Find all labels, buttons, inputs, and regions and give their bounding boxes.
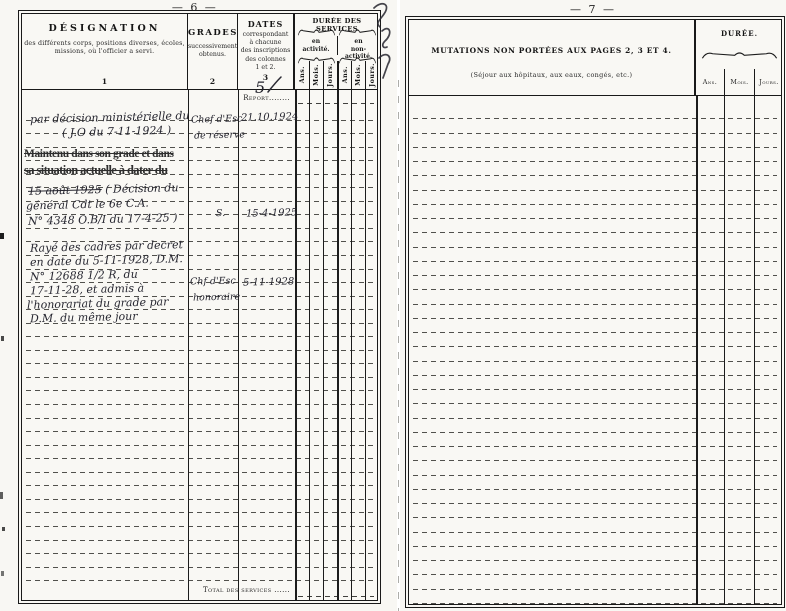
- column-header-designation: DÉSIGNATION des différents corps, positi…: [22, 14, 188, 89]
- column-rule: [351, 90, 352, 600]
- scan-speck: [2, 527, 5, 531]
- column-rule: [337, 90, 339, 600]
- scan-speck: [0, 492, 3, 499]
- group-en-activite: en activité.: [295, 36, 337, 55]
- grades-subtitle-1: successivement: [188, 43, 237, 51]
- column-rule: [754, 96, 755, 604]
- column-rule: [309, 90, 310, 600]
- subcol-jours: Jours.: [754, 69, 783, 95]
- dates-subtitle-3: des inscriptions: [238, 47, 293, 55]
- column-header-grades: GRADES successivement obtenus. 2: [188, 14, 238, 89]
- brace-icon: [297, 27, 336, 36]
- brace-icon: [700, 50, 779, 59]
- scan-speck: [1, 336, 4, 341]
- report-handwritten-figure: 5: [255, 78, 282, 97]
- column-header-mutations: MUTATIONS NON PORTÉES AUX PAGES 2, 3 ET …: [409, 20, 696, 95]
- scan-speck: [0, 233, 4, 239]
- right-page: — 7 — MUTATIONS NON PORTÉES AUX PAGES 2,…: [400, 0, 786, 611]
- pen-squiggle-marks: [346, 0, 396, 100]
- subcol-ans: Ans.: [696, 69, 724, 95]
- right-table-header: MUTATIONS NON PORTÉES AUX PAGES 2, 3 ET …: [409, 20, 781, 96]
- grades-subtitle-2: obtenus.: [188, 51, 237, 59]
- right-table-body: [409, 96, 781, 604]
- left-page: — 6 — DÉSIGNATION des différents corps, …: [0, 0, 397, 611]
- scanned-register-spread: — 6 — DÉSIGNATION des différents corps, …: [0, 0, 786, 611]
- dates-subtitle-1: correspondant: [238, 31, 293, 39]
- column-rule: [295, 90, 297, 600]
- left-table-header: DÉSIGNATION des différents corps, positi…: [22, 14, 377, 90]
- group-active-line2: activité.: [295, 46, 337, 54]
- dates-subtitle-5: 1 et 2.: [238, 64, 293, 72]
- mutations-subtitle: (Séjour aux hôpitaux, aux eaux, congés, …: [409, 71, 694, 79]
- subcol-mois: Mois.: [724, 69, 754, 95]
- dates-subtitle-2: à chacune: [238, 39, 293, 47]
- service-record-table: DÉSIGNATION des différents corps, positi…: [21, 13, 378, 601]
- pen-flourish-icon: [266, 76, 282, 94]
- designation-title: DÉSIGNATION: [22, 23, 187, 34]
- dates-title: DATES: [238, 19, 293, 29]
- column-rule: [188, 90, 189, 600]
- left-table-body: Report........ Total des services ......: [22, 90, 377, 600]
- column-rule: [323, 90, 324, 600]
- column-rule: [696, 96, 698, 604]
- dates-subtitle-4: des colonnes: [238, 56, 293, 64]
- duree-subcolumns: Ans. Mois. Jours.: [696, 69, 783, 95]
- report-value: 5: [255, 78, 265, 97]
- column-rule: [724, 96, 725, 604]
- column-number-2: 2: [188, 77, 237, 86]
- mutations-title: MUTATIONS NON PORTÉES AUX PAGES 2, 3 ET …: [409, 46, 694, 55]
- total-des-services-label: Total des services ......: [203, 586, 290, 594]
- designation-subtitle-1: des différents corps, positions diverses…: [22, 40, 187, 48]
- column-header-duree: DURÉE. Ans. Mois. Jours.: [696, 20, 783, 95]
- right-page-number: — 7 —: [570, 3, 616, 16]
- designation-subtitle-2: missions, où l'officier a servi.: [22, 48, 187, 56]
- subcol-mois-activite: Mois.: [309, 61, 323, 89]
- duree-title: DURÉE.: [696, 20, 783, 38]
- column-number-1: 1: [22, 77, 187, 86]
- subcol-jours-activite: Jours.: [323, 61, 337, 89]
- subcol-ans-activite: Ans.: [295, 61, 309, 89]
- group-active-line1: en: [295, 38, 337, 46]
- gutter-fold-line: [398, 80, 399, 611]
- column-rule: [238, 90, 239, 600]
- scan-speck: [1, 571, 4, 576]
- grades-title: GRADES: [188, 28, 237, 38]
- column-rule: [365, 90, 366, 600]
- mutations-table: MUTATIONS NON PORTÉES AUX PAGES 2, 3 ET …: [408, 19, 782, 605]
